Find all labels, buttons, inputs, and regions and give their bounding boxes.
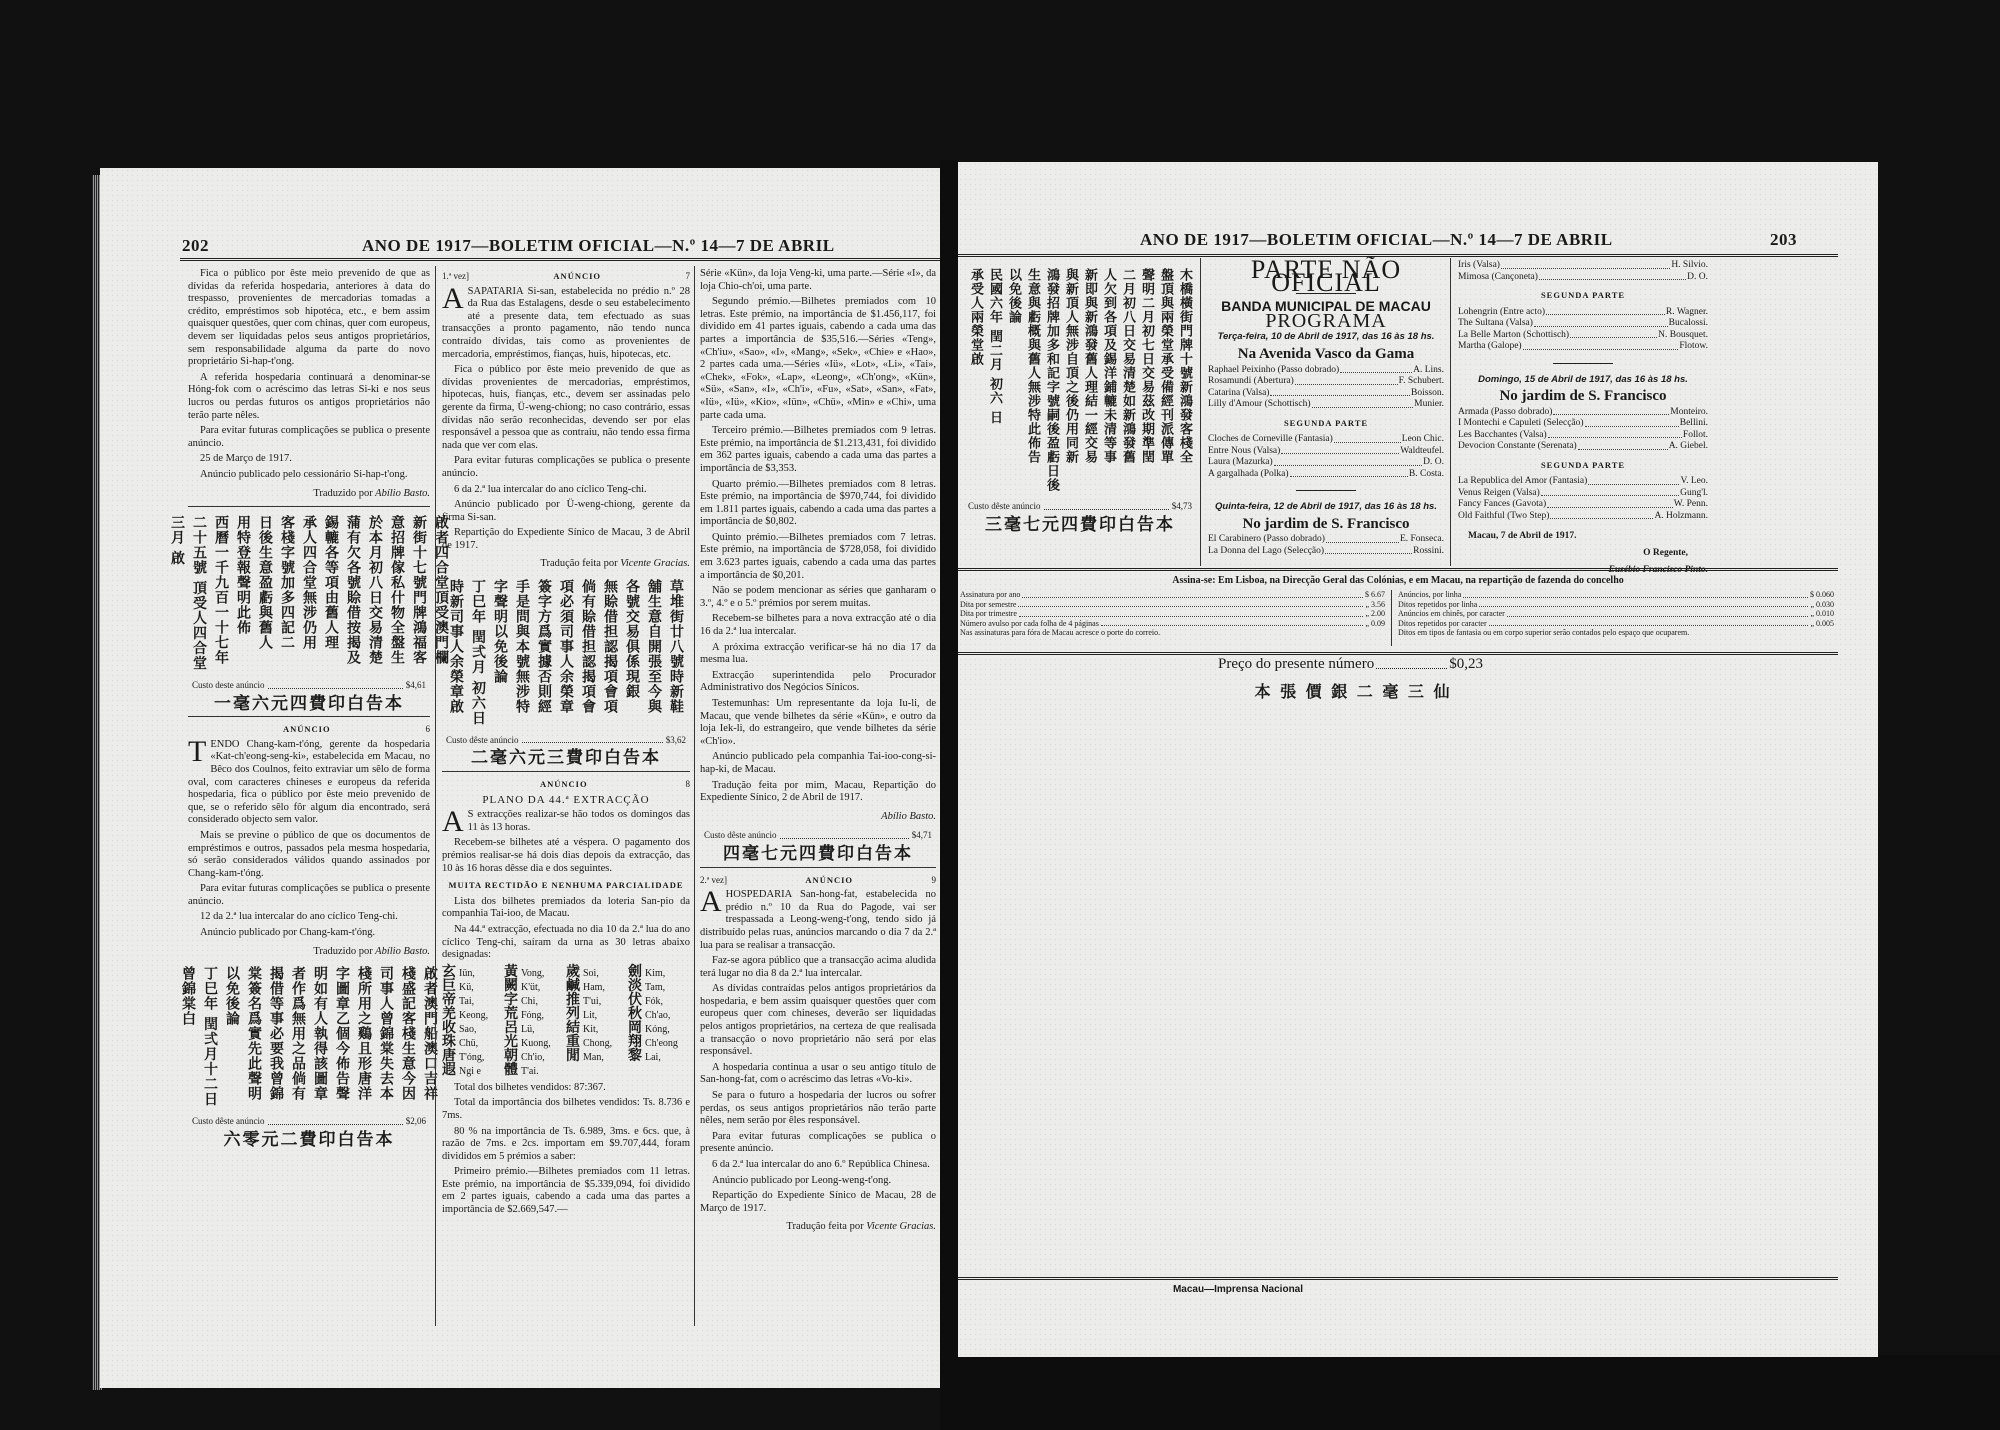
chinese-text-column: 以免後論 — [1006, 268, 1021, 492]
winning-letter — [566, 1064, 628, 1078]
programme-item: La Donna del Lago (Selecção)Rossini. — [1208, 546, 1444, 558]
ad-cost: Custo dêste anúncio$2,06 — [192, 1115, 426, 1128]
programme-item: La Republica del Amor (Fantasia)V. Leo. — [1458, 476, 1708, 488]
chinese-ad-text: 草堆街廿八號時新鞋舖生意自開張至今與各號交易俱係現銀無賒借担認揭項會項倘有賒借担… — [442, 579, 690, 726]
programme-item: Iris (Valsa)H. Silvio. — [1458, 260, 1708, 272]
programme-column: PARTE NÃO OFICIAL BANDA MUNICIPAL DE MAC… — [1208, 258, 1444, 557]
issue-price: Preço do presente número$0,23 — [1218, 656, 1483, 673]
ad-date: 6 da 2.ª lua intercalar do ano 6.º Repúb… — [700, 1159, 936, 1172]
chinese-text-column: 民國六年 閏二月 初六 日 — [987, 268, 1002, 492]
subscriptions-rule — [958, 568, 1838, 571]
paragraph: Não se podem mencionar as séries que gan… — [700, 585, 936, 610]
chinese-text-column: 時新司事人余榮章啟 — [448, 579, 464, 726]
translator-line: Traduzido por Abílio Basto. — [188, 946, 430, 959]
paragraph: Fica o público por êste meio prevenido d… — [442, 364, 690, 452]
chinese-text-column: 日後生意盈虧與舊人 — [257, 515, 273, 671]
chinese-text-column: 字聲明以免後論 — [492, 579, 508, 726]
drop-cap: A — [700, 889, 722, 915]
chinese-cost-line: 三毫七元四費印白告本 — [964, 519, 1196, 532]
drop-cap: A — [442, 809, 464, 835]
translator: Abílio Basto. — [700, 811, 936, 824]
winning-letter — [628, 1064, 690, 1078]
programme-item: Mimosa (Cançoneta)D. O. — [1458, 272, 1708, 284]
concert-date: Terça-feira, 10 de Abril de 1917, das 16… — [1208, 331, 1444, 344]
programme-item: Laura (Mazurka)D. O. — [1208, 457, 1444, 469]
third-prize: Terceiro prémio.—Bilhetes premiados com … — [700, 425, 936, 475]
chinese-text-column: 明如有人執得該圖章 — [312, 966, 328, 1107]
part-label: SEGUNDA PARTE — [1458, 289, 1708, 302]
ad-header: ANÚNCIO6 — [188, 723, 430, 736]
footer-rule — [958, 1277, 1838, 1280]
header-rule — [180, 258, 940, 261]
chinese-ad-column: 木橋橫街門牌十號新鴻發客棧全盤頂與兩榮堂承受備經刊派傳單聲明二月初七日交易茲改期… — [964, 260, 1196, 537]
divider — [700, 867, 936, 868]
chinese-text-column: 無賒借担認揭項會項 — [602, 579, 618, 726]
paragraph: As dívidas contraídas pelos antigos prop… — [700, 983, 936, 1059]
section-title: PARTE NÃO OFICIAL — [1208, 264, 1444, 289]
chinese-text-column: 錫轆各等項由舊人理 — [323, 515, 339, 671]
place-date: Macau, 7 de Abril de 1917. — [1468, 530, 1708, 543]
winning-letter: 黎Lai, — [628, 1050, 690, 1064]
programme-item: The Sultana (Valsa)Bucalossi. — [1458, 318, 1708, 330]
paragraph: Fica o público por êste meio prevenido d… — [188, 268, 430, 369]
ad-publisher: Anúncio publicado por Leong-weng-t'ong. — [700, 1175, 936, 1188]
chinese-text-column: 簽字方爲實據否則經 — [536, 579, 552, 726]
chinese-text-column: 棠簽名爲實先此聲明 — [246, 966, 262, 1107]
imprint: Macau—Imprensa Nacional — [958, 1284, 1518, 1295]
chinese-text-column: 丁巳年 閏弍月十二日 — [202, 966, 218, 1107]
paragraph: Lista dos bilhetes premiados da loteria … — [442, 896, 690, 921]
paragraph: A próxima extracção verificar-se há no d… — [700, 642, 936, 667]
chinese-text-column: 意招牌傢私什物全盤生 — [389, 515, 405, 671]
programme-item: Venus Reigen (Valsa)Gung'l. — [1458, 488, 1708, 500]
concert-2-part-2: Lohengrin (Entre acto)R. Wagner.The Sult… — [1458, 307, 1708, 353]
paragraph: Faz-se agora público que a transacção ac… — [700, 955, 936, 980]
total-amount: Total da importância dos bilhetes vendid… — [442, 1097, 690, 1122]
chinese-text-column: 承人四合堂無涉仍用 — [301, 515, 317, 671]
rate-row: Ditos em tipos de fantasia ou em corpo s… — [1398, 628, 1834, 638]
total-tickets: Total dos bilhetes vendidos: 87:367. — [442, 1082, 690, 1095]
chinese-text-column: 人欠到各項及錫洋鋪轆未清等事 — [1101, 268, 1116, 492]
programme-item: Martha (Galope)Flotow. — [1458, 341, 1708, 353]
ad-cost: Custo dêste anúncio$4,73 — [968, 500, 1192, 513]
programme-item: Rosamundi (Abertura)F. Schubert. — [1208, 376, 1444, 388]
chinese-cost-line: 六零元二費印白告本 — [188, 1134, 430, 1147]
chinese-text-column: 草堆街廿八號時新鞋 — [668, 579, 684, 726]
programme-item: Raphael Peixinho (Passo dobrado)A. Lins. — [1208, 365, 1444, 377]
translator-line: Tradução feita por Vicente Gracias. — [700, 1221, 936, 1234]
column-2: 1.ª vez]ANÚNCIO7 ASAPATARIA Si-san, esta… — [442, 268, 690, 1220]
paragraph: Para evitar futuras complicações se publ… — [188, 883, 430, 908]
chinese-text-column: 各號交易俱係現銀 — [624, 579, 640, 726]
programme-item: Old Faithful (Two Step)A. Holzmann. — [1458, 511, 1708, 523]
ad-date: 6 da 2.ª lua intercalar do ano cíclico T… — [442, 484, 690, 497]
programme-item: Fancy Fances (Gavota)W. Penn. — [1458, 499, 1708, 511]
programme-item: Les Bacchantes (Valsa)Follot. — [1458, 430, 1708, 442]
concert-venue: No jardim de S. Francisco — [1458, 390, 1708, 403]
paragraph: A hospedaria continua a usar o seu antig… — [700, 1062, 936, 1087]
chinese-text-column: 承受人兩榮堂啟 — [968, 268, 983, 492]
chinese-text-column: 鴻發招牌加多和記字號嗣後盈虧日後 — [1044, 268, 1059, 492]
programme-column: Iris (Valsa)H. Silvio.Mimosa (Cançoneta)… — [1458, 260, 1708, 576]
chinese-text-column: 於本月初八日交易清楚 — [367, 515, 383, 671]
chinese-text-column: 項必須司事人余榮章 — [558, 579, 574, 726]
paragraph: Se para o futuro a hospedaria der lucros… — [700, 1090, 936, 1128]
programme-item: El Carabinero (Passo dobrado)E. Fonseca. — [1208, 534, 1444, 546]
chinese-text-column: 新街十七號門牌鴻福客 — [411, 515, 427, 671]
concert-2-part-1-cont: Iris (Valsa)H. Silvio.Mimosa (Cançoneta)… — [1458, 260, 1708, 283]
column-divider — [435, 266, 436, 1326]
book-gutter — [940, 160, 958, 1430]
rate-row: Número avulso por cada folha de 4 página… — [960, 619, 1385, 629]
chinese-text-column: 者作爲無用之品倘有 — [290, 966, 306, 1107]
chinese-ad-text: 啟者四合堂頂受澳門欄新街十七號門牌鴻福客意招牌傢私什物全盤生於本月初八日交易清楚… — [188, 515, 430, 671]
column-divider — [1391, 590, 1392, 646]
issue-price-chinese: 本 張 價 銀 二 毫 三 仙 — [1228, 679, 1478, 702]
paragraph: Para evitar futuras complicações se publ… — [700, 1131, 936, 1156]
subscriptions-heading: Assina-se: Em Lisboa, na Direcção Geral … — [958, 575, 1838, 586]
chinese-text-column: 生意與虧概與舊人無涉特此佈告 — [1025, 268, 1040, 492]
motto: MUITA RECTIDÃO E NENHUMA PARCIALIDADE — [442, 879, 690, 892]
drop-cap: A — [442, 286, 464, 312]
ad-publisher: Anúncio publicado pela companhia Tai-ioo… — [700, 751, 936, 776]
concert-1-part-2: Cloches de Corneville (Fantasia)Leon Chi… — [1208, 434, 1444, 480]
programme-item: Lohengrin (Entre acto)R. Wagner. — [1458, 307, 1708, 319]
first-prize: Primeiro prémio.—Bilhetes premiados com … — [442, 1166, 690, 1216]
rate-row: Assinatura por ano$ 6.67 — [960, 590, 1385, 600]
chinese-text-column: 司事人曾錦棠失去本 — [378, 966, 394, 1107]
rate-row: Ditos repetidos por caracter„ 0.005 — [1398, 619, 1834, 629]
rate-row: Anúncios, por linha$ 0.060 — [1398, 590, 1834, 600]
chinese-text-column: 以免後論 — [224, 966, 240, 1107]
chinese-text-column: 新即與新鴻發舊人理結一經交易 — [1082, 268, 1097, 492]
part-label: SEGUNDA PARTE — [1208, 417, 1444, 430]
rate-row: Dita por semestre„ 3.56 — [960, 600, 1385, 610]
chinese-text-column: 舖生意自開張至今與 — [646, 579, 662, 726]
chinese-text-column: 客棧字號加多四記二 — [279, 515, 295, 671]
ad-header: 2.ª vez]ANÚNCIO9 — [700, 874, 936, 887]
rate-row: Anúncios em chinês, por caracter„ 0.010 — [1398, 609, 1834, 619]
chinese-text-column: 蒲有欠各號賒借按揭及 — [345, 515, 361, 671]
paragraph: Recebem-se bilhetes para a nova extracçã… — [700, 613, 936, 638]
column-divider — [1200, 258, 1201, 566]
programme-item: Armada (Passo dobrado)Monteiro. — [1458, 407, 1708, 419]
drop-cap: T — [188, 739, 206, 765]
chinese-text-column: 木橋橫街門牌十號新鴻發客棧全 — [1177, 268, 1192, 492]
rate-row: Dita por trimestre„ 2.00 — [960, 609, 1385, 619]
divider — [188, 716, 430, 717]
winning-letter: 遐Ngi e — [442, 1064, 504, 1078]
paragraph: Mais se previne o público de que os docu… — [188, 830, 430, 880]
ad-date: 12 da 2.ª lua intercalar do ano cíclico … — [188, 911, 430, 924]
translator-line: Tradução feita por Vicente Gracias. — [442, 558, 690, 571]
fourth-prize: Quarto prémio.—Bilhetes premiados com 8 … — [700, 479, 936, 529]
advertising-rates: Anúncios, por linha$ 0.060Ditos repetido… — [1398, 590, 1834, 638]
chinese-text-column: 手是問與本號無涉特 — [514, 579, 530, 726]
concert-3-part-1: Armada (Passo dobrado)Monteiro.I Montech… — [1458, 407, 1708, 453]
concert-venue: No jardim de S. Francisco — [1208, 518, 1444, 531]
signature-title: O Regente, — [1458, 547, 1688, 560]
concert-3-part-2: La Republica del Amor (Fantasia)V. Leo.V… — [1458, 476, 1708, 522]
page-number: 202 — [182, 236, 209, 256]
programme-item: I Montechi e Capuleti (Selecção)Bellini. — [1458, 418, 1708, 430]
paragraph: Testemunhas: Um representante da loja Iu… — [700, 698, 936, 748]
paragraph: Para evitar futuras complicações se publ… — [188, 425, 430, 450]
programme-item: Entre Nous (Valsa)Waldteufel. — [1208, 446, 1444, 458]
programme-item: A gargalhada (Polka)B. Costa. — [1208, 469, 1444, 481]
ad-publisher: Anúncio publicado pelo cessionário Si-ha… — [188, 469, 430, 482]
programme-item: La Belle Marton (Schottisch)N. Bousquet. — [1458, 330, 1708, 342]
column-1: Fica o público por êste meio prevenido d… — [188, 268, 430, 1152]
chinese-text-column: 聲明二月初七日交易茲改期準閏 — [1139, 268, 1154, 492]
winning-letter: 體T'ai. — [504, 1064, 566, 1078]
chinese-text-column: 盤頂與兩榮堂承受備經刊派傳單 — [1158, 268, 1173, 492]
chinese-text-column: 二月初八日交易清楚如新鴻發舊 — [1120, 268, 1135, 492]
office-line: Repartição do Expediente Sínico de Macau… — [442, 527, 690, 552]
programme-item: Devocion Constante (Serenata)A. Giebel. — [1458, 441, 1708, 453]
left-page: 202 ANO DE 1917—BOLETIM OFICIAL—N.º 14—7… — [100, 168, 940, 1388]
lottery-title: PLANO DA 44.ª EXTRACÇÃO — [442, 794, 690, 807]
ad-cost: Custo dêste anúncio$3,62 — [446, 734, 686, 747]
right-page: ANO DE 1917—BOLETIM OFICIAL—N.º 14—7 DE … — [958, 162, 1878, 1357]
column-3: Série «Kün», da loja Veng-ki, uma parte.… — [700, 268, 936, 1240]
concert-2-part-1: El Carabinero (Passo dobrado)E. Fonseca.… — [1208, 534, 1444, 557]
divider — [188, 506, 430, 507]
ad-header: 1.ª vez]ANÚNCIO7 — [442, 270, 690, 283]
chinese-cost-line: 二毫六元三費印白告本 — [442, 752, 690, 765]
concert-1-part-1: Raphael Peixinho (Passo dobrado)A. Lins.… — [1208, 365, 1444, 411]
chinese-ad-text: 木橋橫街門牌十號新鴻發客棧全盤頂與兩榮堂承受備經刊派傳單聲明二月初七日交易茲改期… — [964, 268, 1196, 492]
ad-date: 25 de Março de 1917. — [188, 453, 430, 466]
paragraph: Para evitar futuras complicações se publ… — [442, 455, 690, 480]
ad-cost: Custo deste anúncio$4,61 — [192, 679, 426, 692]
chinese-text-column: 揭借等事必要我曾錦 — [268, 966, 284, 1107]
programme-item: Cloches de Corneville (Fantasia)Leon Chi… — [1208, 434, 1444, 446]
chinese-text-column: 棧所用之鷄且形唐洋 — [356, 966, 372, 1107]
paragraph: A referida hospedaria continuará a denom… — [188, 372, 430, 422]
page-number: 203 — [1770, 230, 1797, 250]
fifth-prize: Quinto prémio.—Bilhetes premiados com 7 … — [700, 532, 936, 582]
concert-date: Quinta-feira, 12 de Abril de 1917, das 1… — [1208, 501, 1444, 514]
chinese-text-column: 字圖章乙個今佈告聲 — [334, 966, 350, 1107]
chinese-text-column: 西曆一千九百一十七年 — [213, 515, 229, 671]
divider — [442, 771, 690, 772]
prize-pool: 80 % na importância de Ts. 6.989, 3ms. e… — [442, 1126, 690, 1164]
office-line: Repartição do Expediente Sínico de Macau… — [700, 1190, 936, 1215]
programme-heading: PROGRAMA — [1208, 315, 1444, 328]
ad-publisher: Anúncio publicado por Ü-weng-chiong, ger… — [442, 499, 690, 524]
paragraph: Extracção superintendida pelo Procurador… — [700, 670, 936, 695]
chinese-ad-text: 啟者澳門船澳口吉祥棧盛記客棧生意今因司事人曾錦棠失去本棧所用之鷄且形唐洋字圖章乙… — [188, 966, 430, 1107]
paragraph: Série «Kün», da loja Veng-ki, uma parte.… — [700, 268, 936, 293]
paragraph: Recebem-se bilhetes até a véspera. O pag… — [442, 837, 690, 875]
subscription-rates: Assinatura por ano$ 6.67Dita por semestr… — [960, 590, 1385, 638]
column-divider — [1450, 258, 1451, 566]
translator-line: Traduzido por Abílio Basto. — [188, 488, 430, 501]
chinese-cost-line: 四毫七元四費印白告本 — [700, 848, 936, 861]
running-head: ANO DE 1917—BOLETIM OFICIAL—N.º 14—7 DE … — [1140, 230, 1613, 250]
chinese-text-column: 用特登報聲明此佈 — [235, 515, 251, 671]
scan-shadow — [958, 1355, 2000, 1430]
rate-row: Ditos repetidos por linha„ 0.030 — [1398, 600, 1834, 610]
chinese-text-column: 曾錦棠白 — [180, 966, 196, 1107]
column-divider — [694, 266, 695, 1326]
ad-publisher: Anúncio publicado por Chang-kam-t'óng. — [188, 927, 430, 940]
winning-letters-grid: 玄Iün,黃Vong,歲Soi,劍Kim,巨Kü,闕K'üt,鹹Ham,淡Tam… — [442, 966, 690, 1078]
part-label: SEGUNDA PARTE — [1458, 459, 1708, 472]
concert-date: Domingo, 15 de Abril de 1917, das 16 às … — [1458, 374, 1708, 387]
ad-header: ANÚNCIO8 — [442, 778, 690, 791]
chinese-text-column: 與新頂人無涉自頂之後仍用同新 — [1063, 268, 1078, 492]
rate-row: Nas assinaturas para fóra de Macau acres… — [960, 628, 1385, 638]
winning-letter: 閒Man, — [566, 1050, 628, 1064]
paragraph: Na 44.ª extracção, efectuada no dia 10 d… — [442, 924, 690, 962]
concert-venue: Na Avenida Vasco da Gama — [1208, 348, 1444, 361]
chinese-text-column: 二十五號 頂受人四合堂 — [191, 515, 207, 671]
second-prize: Segundo prémio.—Bilhetes premiados com 1… — [700, 296, 936, 422]
chinese-text-column: 三月 啟 — [169, 515, 185, 671]
running-head: ANO DE 1917—BOLETIM OFICIAL—N.º 14—7 DE … — [362, 236, 835, 256]
ad-cost: Custo dêste anúncio$4,71 — [704, 829, 932, 842]
subscriptions-rule — [958, 652, 1838, 655]
chinese-text-column: 棧盛記客棧生意今因 — [400, 966, 416, 1107]
paragraph: Tradução feita por mim, Macau, Repartiçã… — [700, 780, 936, 805]
programme-item: Catarina (Valsa)Boisson. — [1208, 388, 1444, 400]
chinese-text-column: 倘有賒借担認揭項會 — [580, 579, 596, 726]
chinese-text-column: 丁巳年 閏弍月 初六日 — [470, 579, 486, 726]
chinese-cost-line: 一毫六元四費印白告本 — [188, 698, 430, 711]
programme-item: Lilly d'Amour (Schottisch)Munier. — [1208, 399, 1444, 411]
